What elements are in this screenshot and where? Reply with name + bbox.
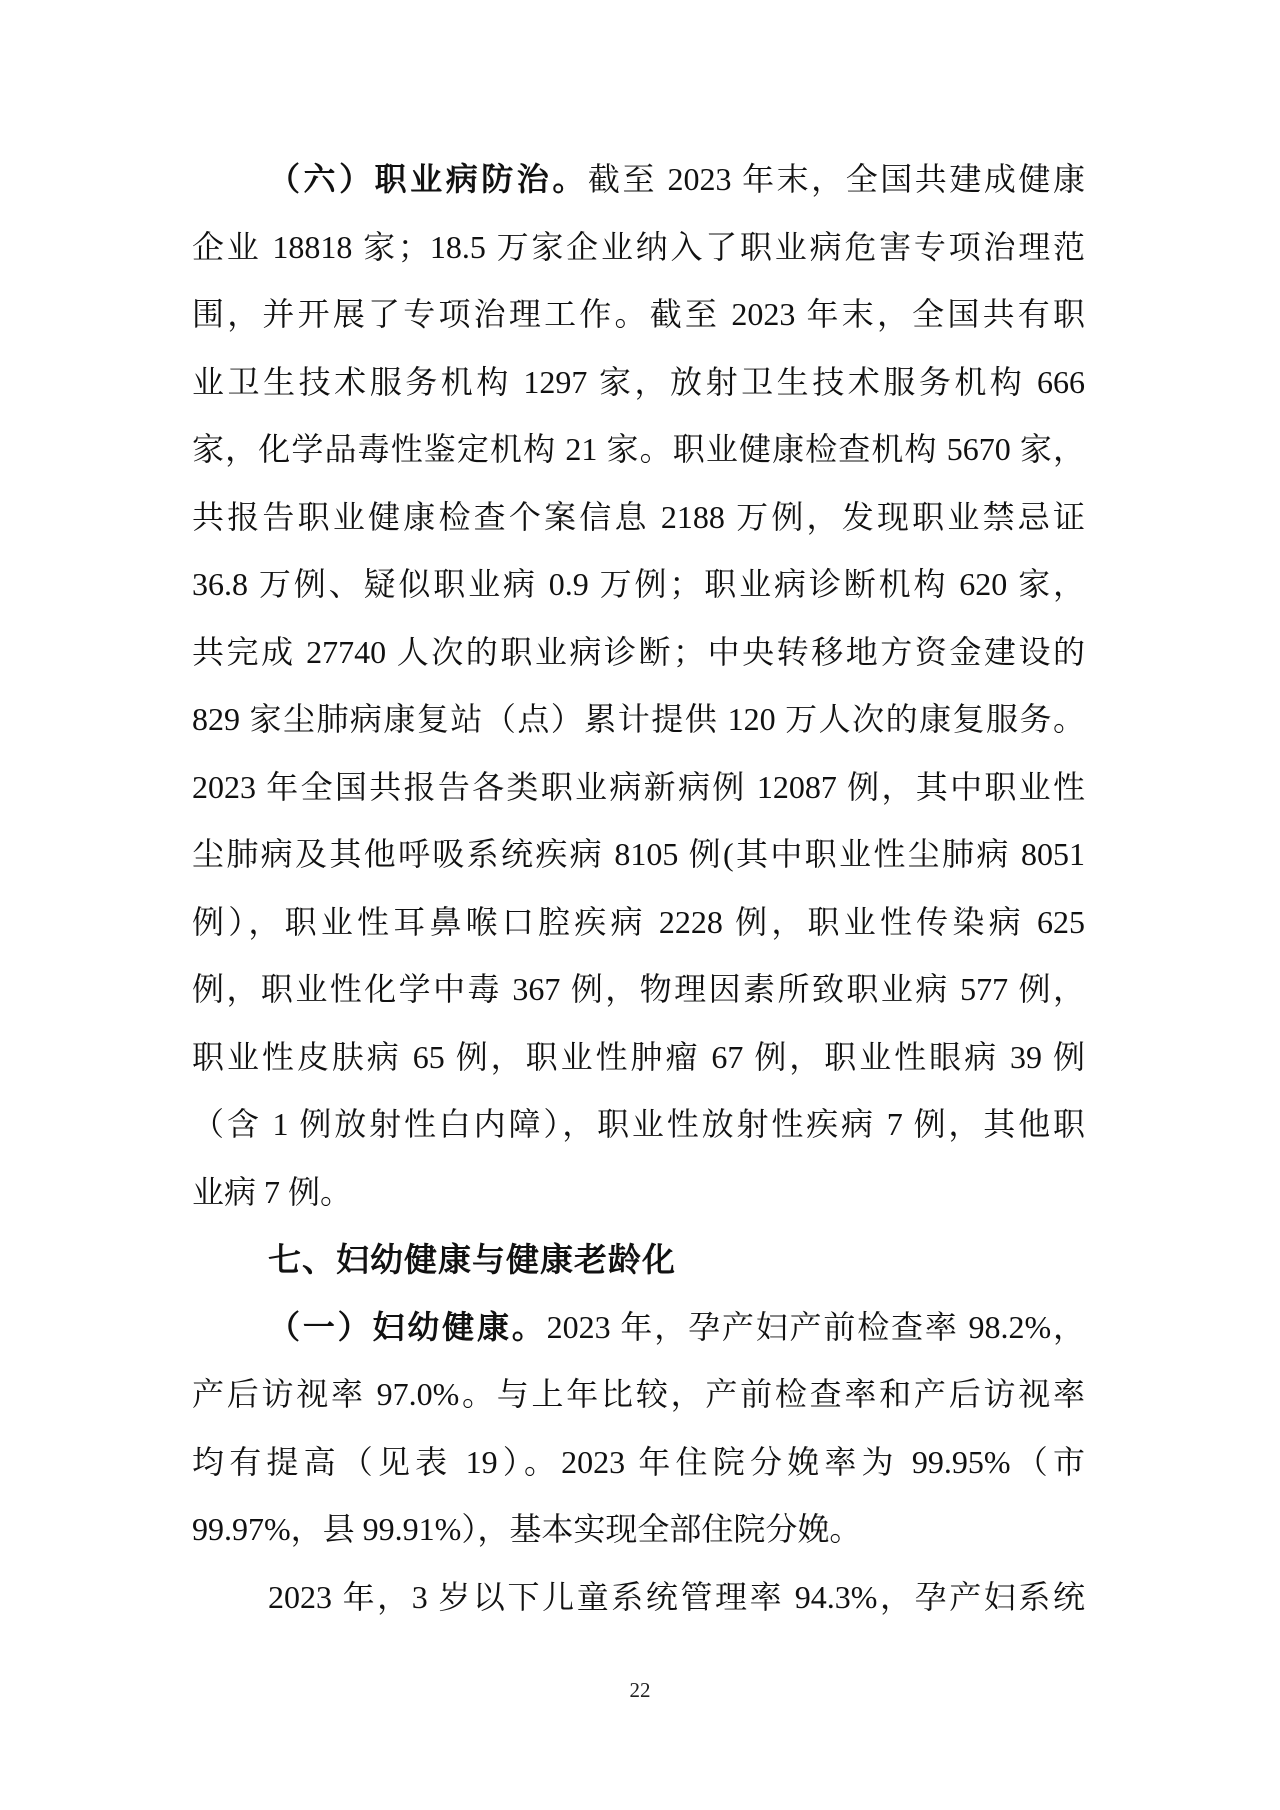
line-text: 例，职业性化学中毒 367 例，物理因素所致职业病 577 例， xyxy=(192,971,1085,1007)
line-text: 99.97%，县 99.91%），基本实现全部住院分娩。 xyxy=(192,1511,861,1547)
document-body: （六）职业病防治。截至 2023 年末，全国共建成健康 企业 18818 家；1… xyxy=(192,146,1085,1631)
line-text: 尘肺病及其他呼吸系统疾病 8105 例(其中职业性尘肺病 8051 xyxy=(192,836,1085,872)
text-line: 共完成 27740 人次的职业病诊断；中央转移地方资金建设的 xyxy=(192,619,1085,687)
line-text: 截至 2023 年末，全国共建成健康 xyxy=(588,161,1085,197)
line-text: 例），职业性耳鼻喉口腔疾病 2228 例，职业性传染病 625 xyxy=(192,904,1085,940)
text-line: （六）职业病防治。截至 2023 年末，全国共建成健康 xyxy=(192,146,1085,214)
line-text: 围，并开展了专项治理工作。截至 2023 年末，全国共有职 xyxy=(192,296,1085,332)
text-line: （含 1 例放射性白内障），职业性放射性疾病 7 例，其他职 xyxy=(192,1091,1085,1159)
text-line: 99.97%，县 99.91%），基本实现全部住院分娩。 xyxy=(192,1496,1085,1564)
text-line: 围，并开展了专项治理工作。截至 2023 年末，全国共有职 xyxy=(192,281,1085,349)
text-line: 七、妇幼健康与健康老龄化 xyxy=(192,1226,1085,1294)
text-line: 均有提高（见表 19）。2023 年住院分娩率为 99.95%（市 xyxy=(192,1429,1085,1497)
line-text: 2023 年，孕产妇产前检查率 98.2%， xyxy=(547,1309,1085,1345)
text-line: 产后访视率 97.0%。与上年比较，产前检查率和产后访视率 xyxy=(192,1361,1085,1429)
line-text: （含 1 例放射性白内障），职业性放射性疾病 7 例，其他职 xyxy=(192,1106,1085,1142)
line-text: 职业性皮肤病 65 例，职业性肿瘤 67 例，职业性眼病 39 例 xyxy=(192,1039,1085,1075)
page-number: 22 xyxy=(0,1672,1280,1708)
text-line: 企业 18818 家；18.5 万家企业纳入了职业病危害专项治理范 xyxy=(192,214,1085,282)
document-page: （六）职业病防治。截至 2023 年末，全国共建成健康 企业 18818 家；1… xyxy=(0,0,1280,1810)
line-text: 2023 年全国共报告各类职业病新病例 12087 例，其中职业性 xyxy=(192,769,1085,805)
text-line: 例），职业性耳鼻喉口腔疾病 2228 例，职业性传染病 625 xyxy=(192,889,1085,957)
text-line: 业病 7 例。 xyxy=(192,1159,1085,1227)
line-text: 七、妇幼健康与健康老龄化 xyxy=(268,1241,676,1278)
line-text: 产后访视率 97.0%。与上年比较，产前检查率和产后访视率 xyxy=(192,1376,1085,1412)
line-text: 业卫生技术服务机构 1297 家，放射卫生技术服务机构 666 xyxy=(192,364,1085,400)
text-line: 共报告职业健康检查个案信息 2188 万例，发现职业禁忌证 xyxy=(192,484,1085,552)
line-text: 家，化学品毒性鉴定机构 21 家。职业健康检查机构 5670 家， xyxy=(192,431,1085,467)
text-line: 尘肺病及其他呼吸系统疾病 8105 例(其中职业性尘肺病 8051 xyxy=(192,821,1085,889)
text-line: 829 家尘肺病康复站（点）累计提供 120 万人次的康复服务。 xyxy=(192,686,1085,754)
line-text: 共报告职业健康检查个案信息 2188 万例，发现职业禁忌证 xyxy=(192,499,1085,535)
line-text: 2023 年，3 岁以下儿童系统管理率 94.3%，孕产妇系统 xyxy=(268,1579,1085,1615)
line-text: 企业 18818 家；18.5 万家企业纳入了职业病危害专项治理范 xyxy=(192,229,1085,265)
line-text: 业病 7 例。 xyxy=(192,1174,352,1210)
text-line: 2023 年全国共报告各类职业病新病例 12087 例，其中职业性 xyxy=(192,754,1085,822)
text-line: 职业性皮肤病 65 例，职业性肿瘤 67 例，职业性眼病 39 例 xyxy=(192,1024,1085,1092)
text-line: 2023 年，3 岁以下儿童系统管理率 94.3%，孕产妇系统 xyxy=(192,1564,1085,1632)
line-text: 829 家尘肺病康复站（点）累计提供 120 万人次的康复服务。 xyxy=(192,701,1085,737)
text-line: 36.8 万例、疑似职业病 0.9 万例；职业病诊断机构 620 家， xyxy=(192,551,1085,619)
line-lead-bold: （六）职业病防治。 xyxy=(268,161,588,197)
line-lead-bold: （一）妇幼健康。 xyxy=(268,1309,547,1345)
line-text: 均有提高（见表 19）。2023 年住院分娩率为 99.95%（市 xyxy=(192,1444,1085,1480)
text-line: 业卫生技术服务机构 1297 家，放射卫生技术服务机构 666 xyxy=(192,349,1085,417)
text-line: 例，职业性化学中毒 367 例，物理因素所致职业病 577 例， xyxy=(192,956,1085,1024)
line-text: 36.8 万例、疑似职业病 0.9 万例；职业病诊断机构 620 家， xyxy=(192,566,1085,602)
text-line: 家，化学品毒性鉴定机构 21 家。职业健康检查机构 5670 家， xyxy=(192,416,1085,484)
text-line: （一）妇幼健康。2023 年，孕产妇产前检查率 98.2%， xyxy=(192,1294,1085,1362)
line-text: 共完成 27740 人次的职业病诊断；中央转移地方资金建设的 xyxy=(192,634,1085,670)
